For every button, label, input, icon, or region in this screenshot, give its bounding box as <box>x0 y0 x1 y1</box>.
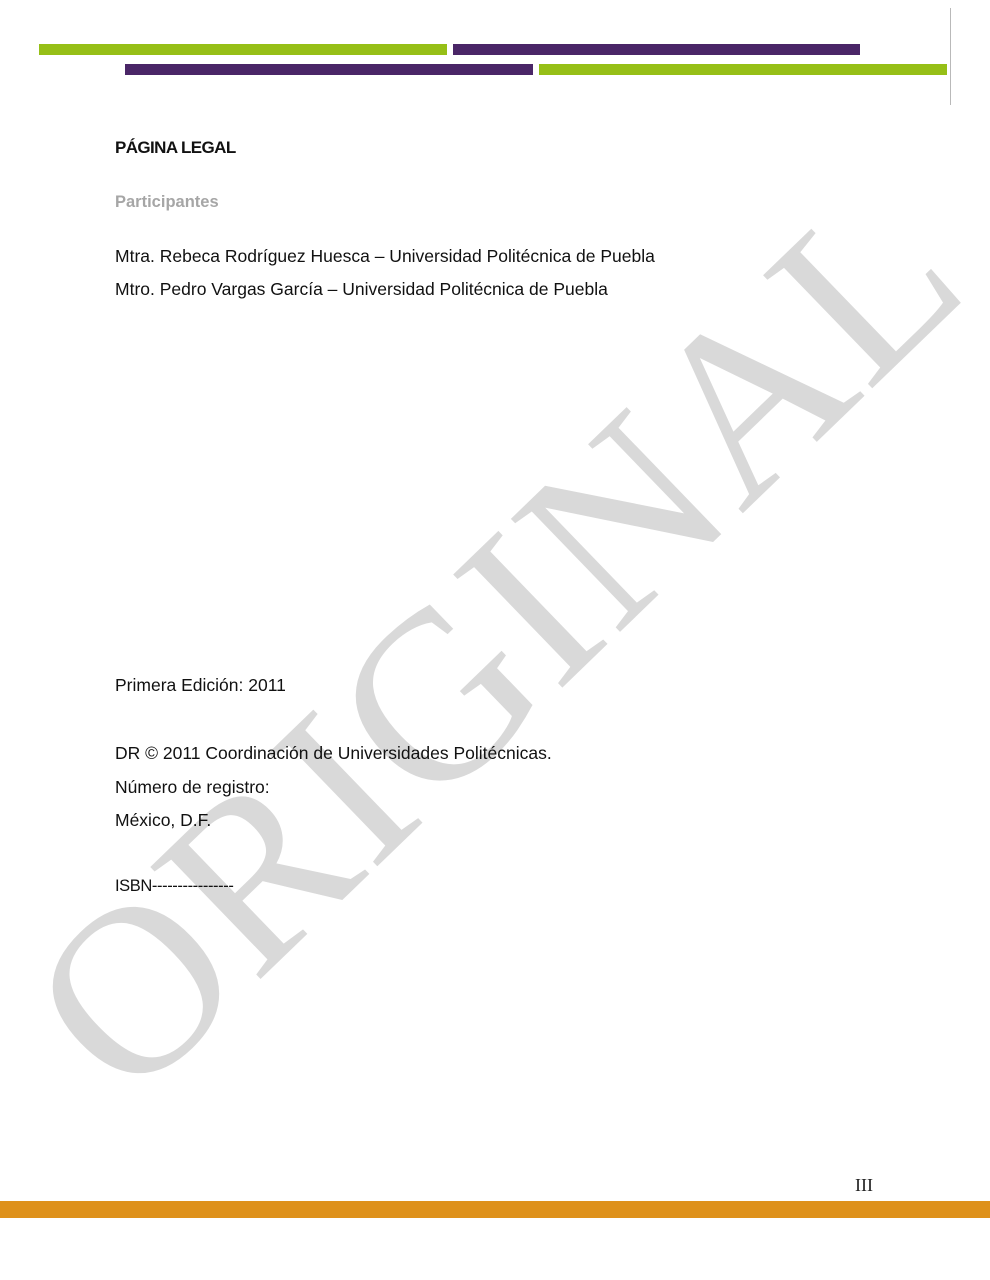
header-divider-line <box>950 8 951 105</box>
copyright-text: DR © 2011 Coordinación de Universidades … <box>115 745 552 763</box>
header-green-bar-top <box>39 44 447 55</box>
footer-orange-bar <box>0 1201 990 1218</box>
isbn-text: ISBN---------------- <box>115 878 233 895</box>
header-purple-bar-top <box>453 44 860 55</box>
registration-text: Número de registro: <box>115 779 270 797</box>
section-label-participants: Participantes <box>115 194 219 211</box>
page-number: III <box>855 1175 873 1196</box>
header-green-bar-bottom <box>539 64 947 75</box>
participant-2: Mtro. Pedro Vargas García – Universidad … <box>115 281 608 299</box>
participant-1: Mtra. Rebeca Rodríguez Huesca – Universi… <box>115 248 655 266</box>
header-purple-bar-bottom <box>125 64 533 75</box>
location-text: México, D.F. <box>115 812 211 830</box>
page-title: PÁGINA LEGAL <box>115 139 236 156</box>
edition-text: Primera Edición: 2011 <box>115 677 286 695</box>
